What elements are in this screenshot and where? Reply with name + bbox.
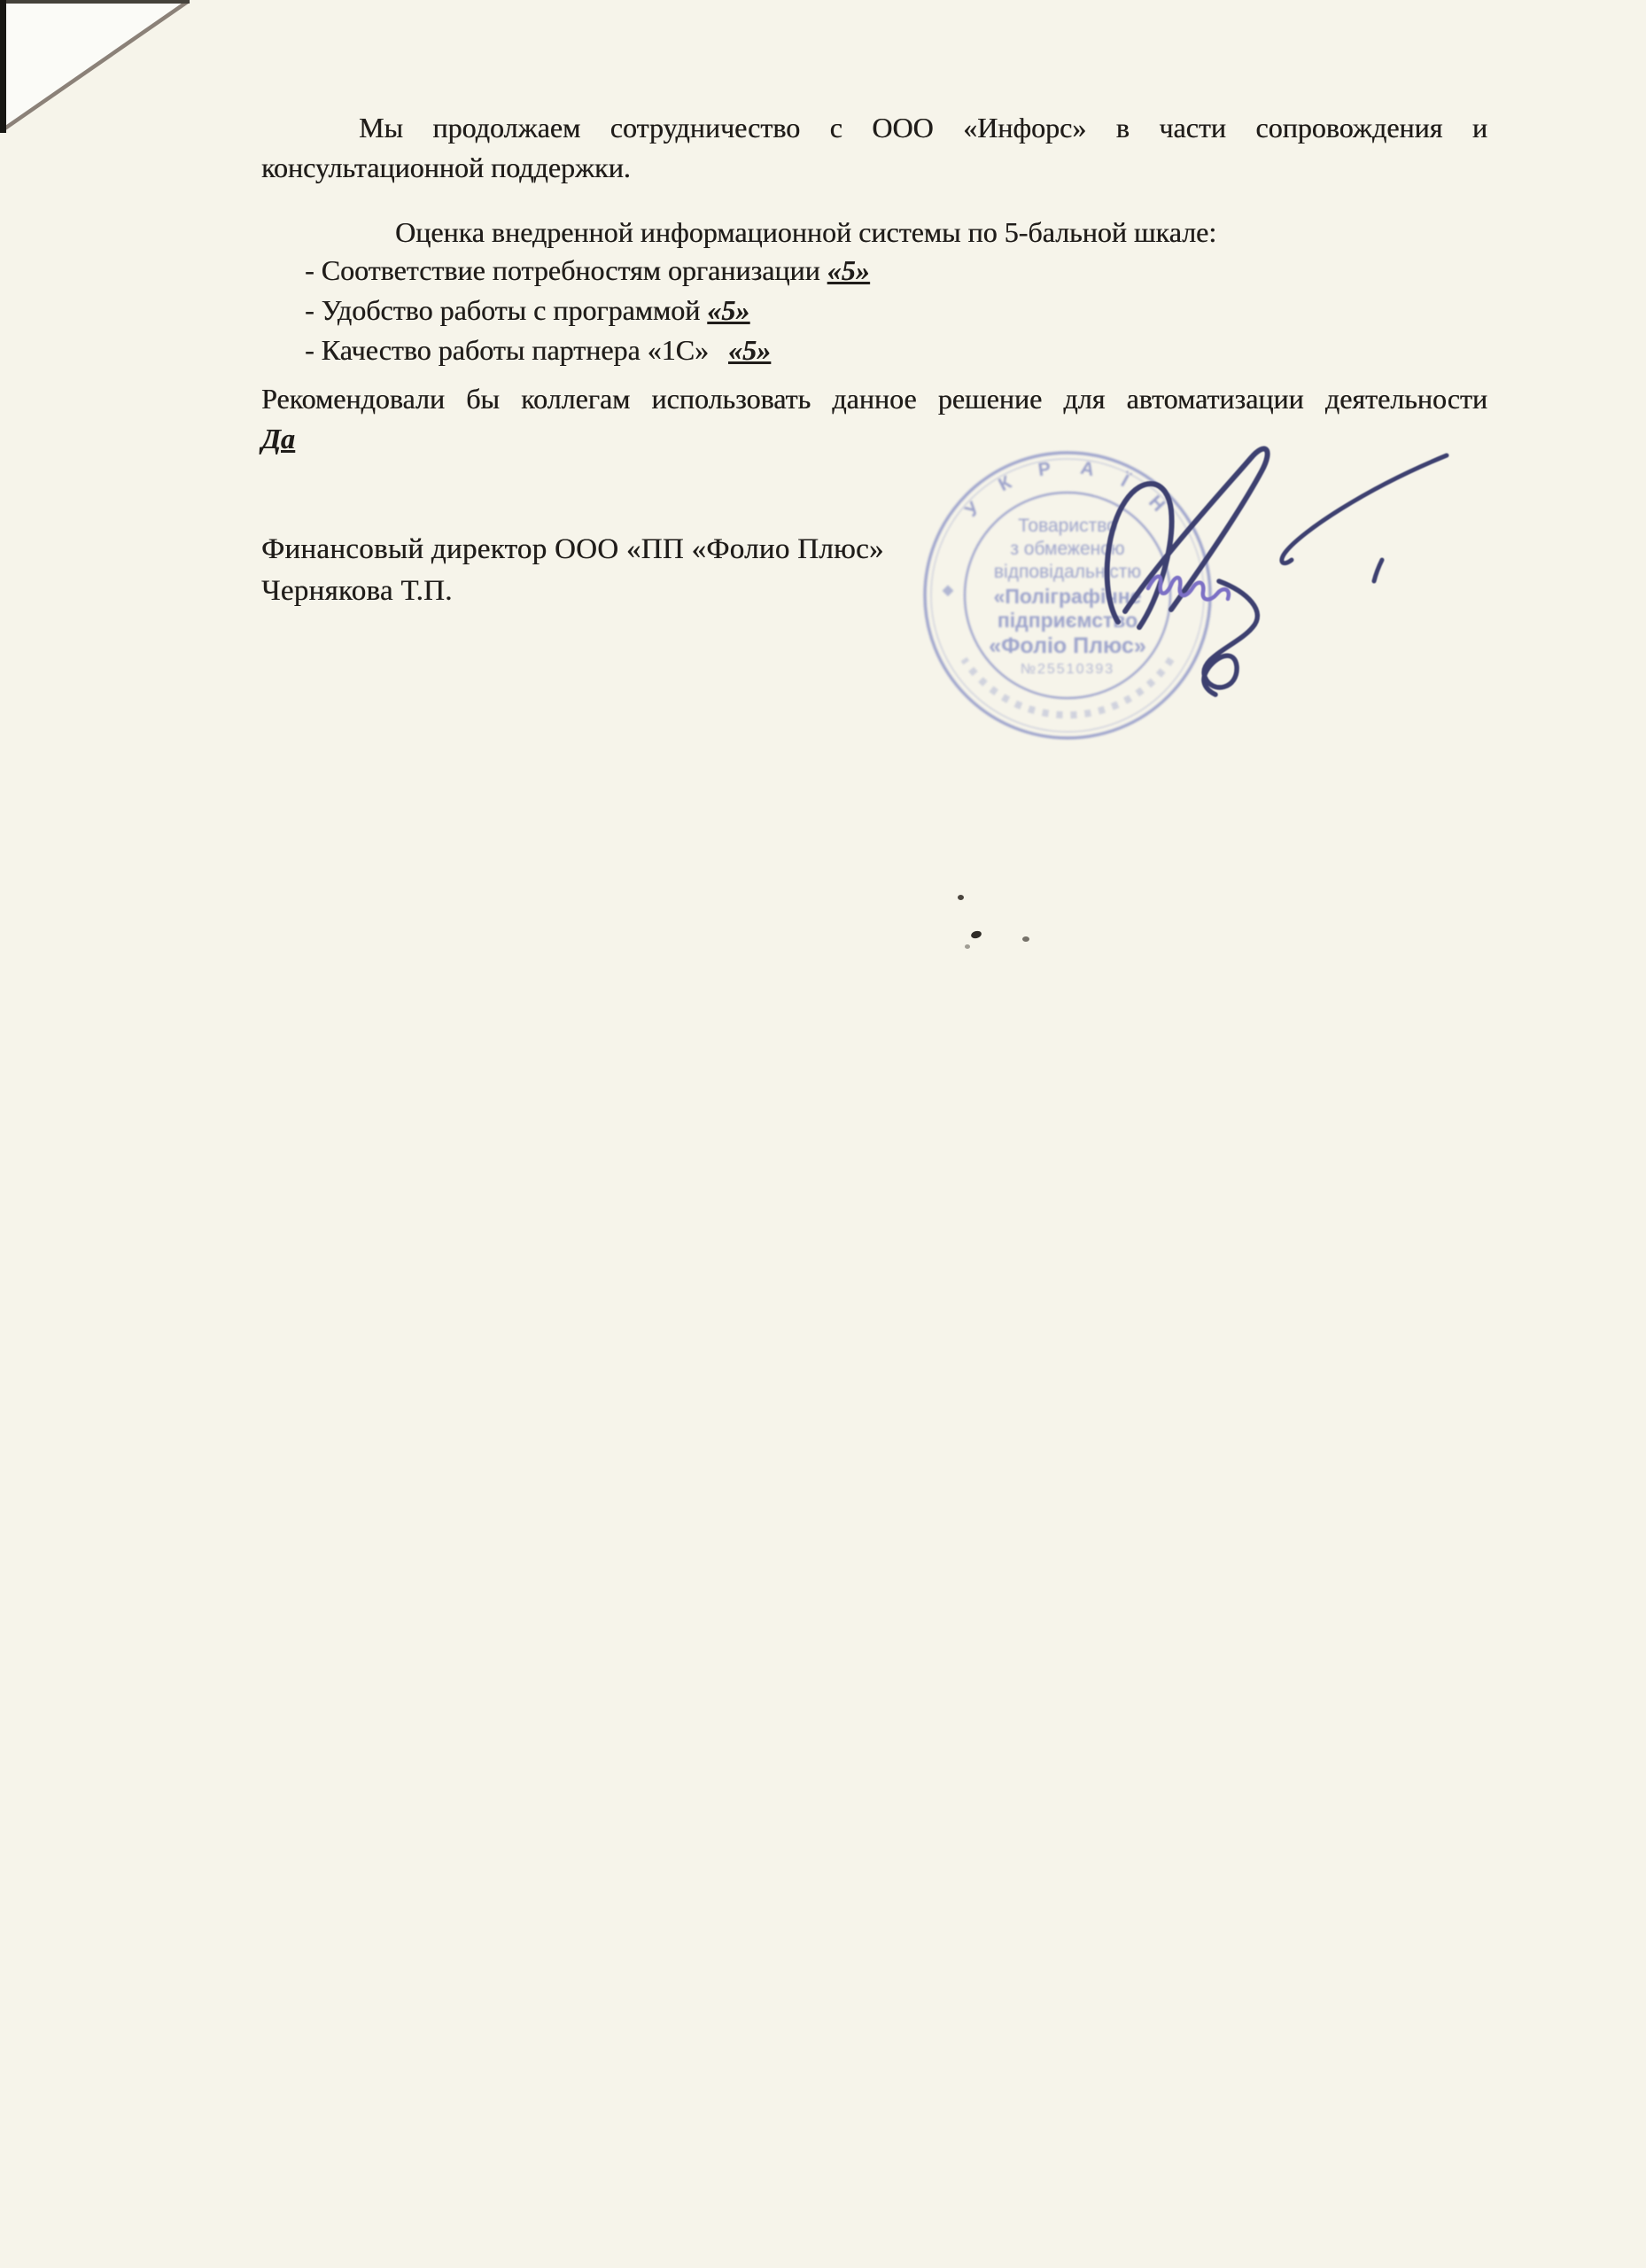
- rating-score: «5»: [728, 334, 771, 366]
- ink-speck: [970, 930, 982, 940]
- company-round-stamp: У К Р А Ї Н А Товариство з обмеженою від…: [868, 408, 1210, 738]
- handwritten-signature: [1107, 449, 1447, 695]
- fold-left-edge: [0, 0, 6, 133]
- stamp-left-dot: [943, 585, 954, 596]
- rating-score: «5»: [707, 294, 749, 326]
- ink-speck: [965, 944, 970, 949]
- paragraph-cooperation-line1: Мы продолжаем сотрудничество с ООО «Инфо…: [261, 108, 1487, 148]
- rating-heading: Оценка внедренной информационной системы…: [261, 213, 1621, 252]
- ink-speck: [1022, 936, 1029, 942]
- stamp-line-4: «Поліграфічне: [994, 585, 1142, 608]
- signature-tick-mark: [1374, 560, 1382, 581]
- stamp-and-signature: У К Р А Ї Н А Товариство з обмеженою від…: [868, 408, 1506, 815]
- rating-score: «5»: [827, 254, 870, 286]
- recommendation-answer: Да: [261, 423, 295, 454]
- rating-item: - Соответствие потребностям организации …: [261, 251, 1531, 291]
- paragraph-cooperation-line2: консультационной поддержки.: [261, 148, 1487, 188]
- rating-label: - Качество работы партнера «1С»: [305, 334, 709, 366]
- ink-speck: [958, 895, 964, 900]
- stamp-line-3: відповідальністю: [994, 562, 1141, 582]
- rating-item: - Удобство работы с программой «5»: [261, 291, 1531, 330]
- rating-label: - Удобство работы с программой: [305, 294, 700, 326]
- stamp-number: №25510393: [1021, 662, 1114, 677]
- signature-flourish-stroke: [1282, 455, 1447, 563]
- fold-top-edge: [0, 0, 190, 4]
- stamp-line-1: Товариство: [1018, 516, 1117, 536]
- stamp-company-name: «Фоліо Плюс»: [989, 633, 1146, 658]
- rating-label: - Соответствие потребностям организации: [305, 254, 820, 286]
- rating-item: - Качество работы партнера «1С» «5»: [261, 330, 1531, 370]
- scanned-document-page: Мы продолжаем сотрудничество с ООО «Инфо…: [0, 0, 1646, 2268]
- page-corner-fold: [0, 0, 204, 146]
